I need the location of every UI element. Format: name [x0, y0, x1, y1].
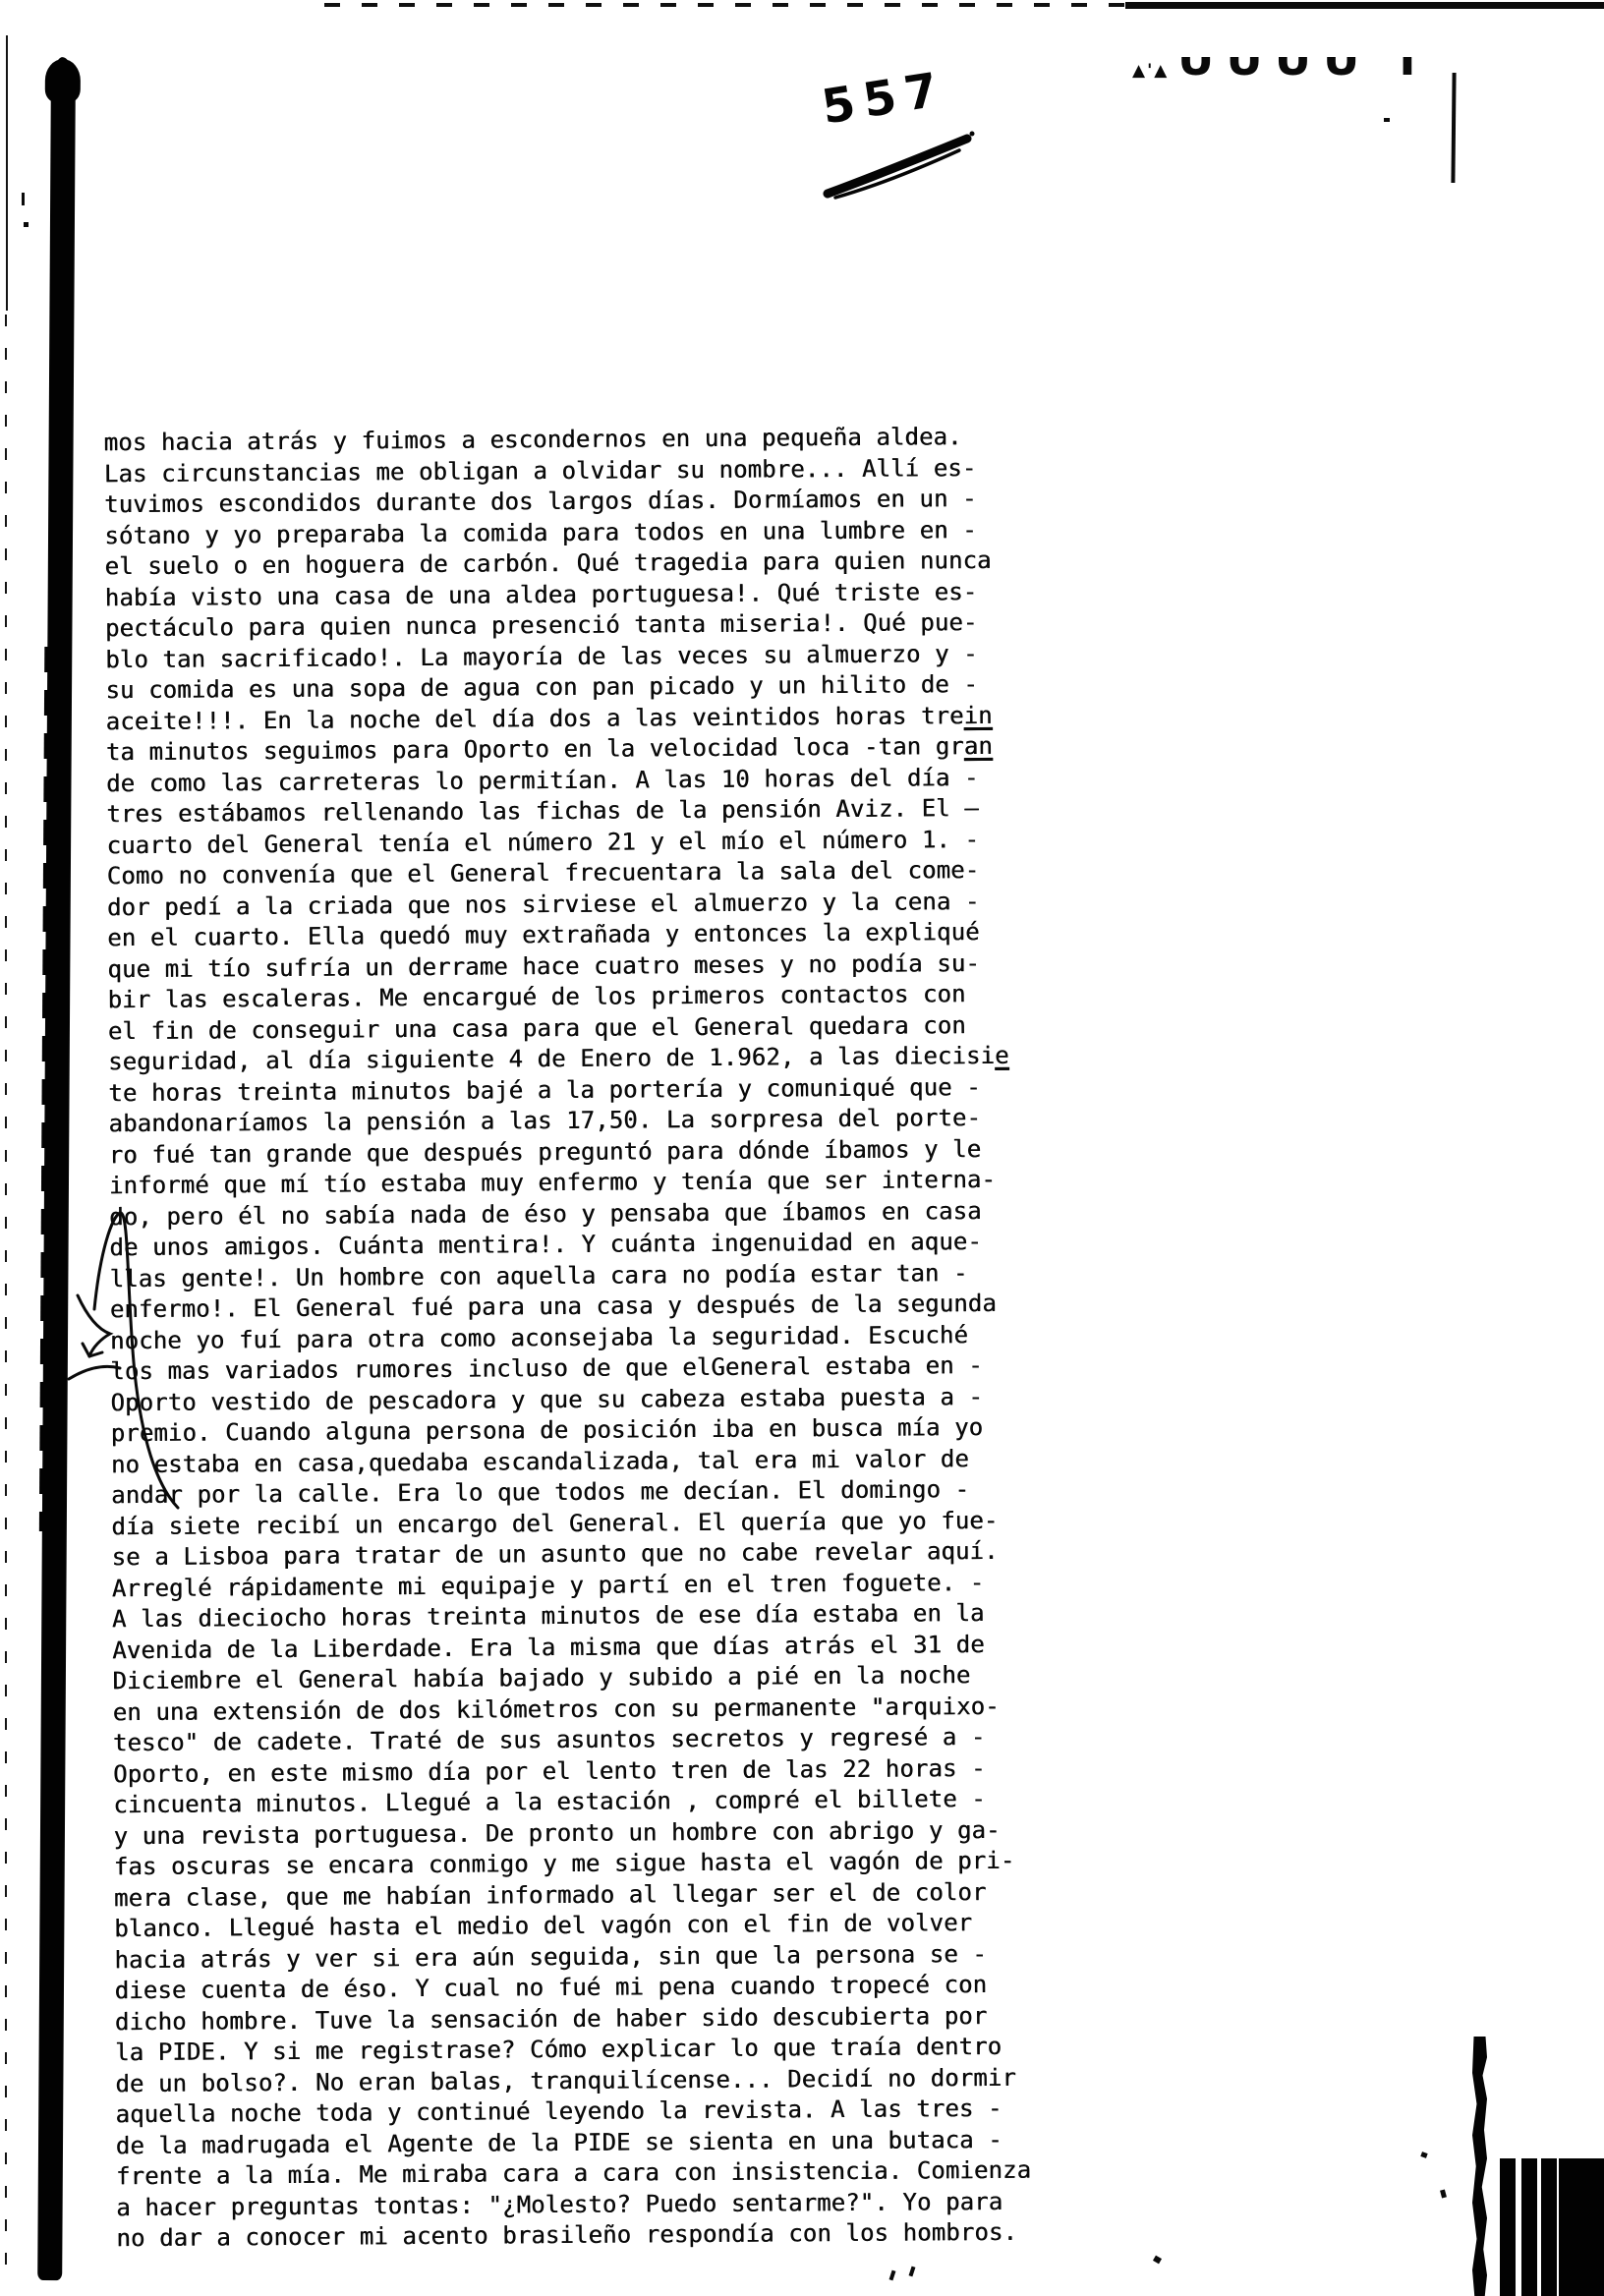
bottom-right-ragged-bar	[1472, 2037, 1487, 2296]
ink-speck	[909, 2267, 916, 2277]
stamp-fragment-text: UUUU I U	[1177, 57, 1472, 88]
handwritten-page-number: 557	[818, 61, 949, 135]
text-line: no dar a conocer mi acento brasileño res…	[116, 2216, 1099, 2254]
white-streak	[1557, 2158, 1559, 2296]
white-streak	[1537, 2158, 1541, 2296]
ink-speck	[22, 193, 25, 205]
left-edge-dotted-line	[5, 315, 7, 2270]
left-edge-line	[6, 35, 8, 311]
scanned-document-page: ▲'▲ UUUU I U 557 mos hacia atrás y fuimo…	[0, 0, 1604, 2296]
typewritten-text: mos hacia atrás y fuimos a escondernos e…	[104, 421, 1100, 2254]
page-number-underline-swoosh	[828, 132, 975, 199]
ink-speck	[1440, 2189, 1447, 2198]
top-edge-dashed-line	[324, 3, 1130, 7]
bottom-right-black-block	[1500, 2158, 1604, 2296]
top-edge-solid-line	[1125, 2, 1604, 9]
ink-speck	[1420, 2152, 1427, 2158]
ink-speck	[1384, 118, 1390, 122]
ink-speck	[889, 2270, 896, 2281]
binding-shadow-bar	[37, 57, 76, 2280]
ink-speck	[1153, 2256, 1162, 2265]
white-streak	[1516, 2158, 1521, 2296]
stamp-small-marks: ▲'▲	[1132, 61, 1169, 81]
ink-speck	[24, 222, 29, 227]
vertical-line-mark	[1451, 73, 1456, 183]
cut-off-stamp: UUUU I U	[1177, 57, 1472, 88]
